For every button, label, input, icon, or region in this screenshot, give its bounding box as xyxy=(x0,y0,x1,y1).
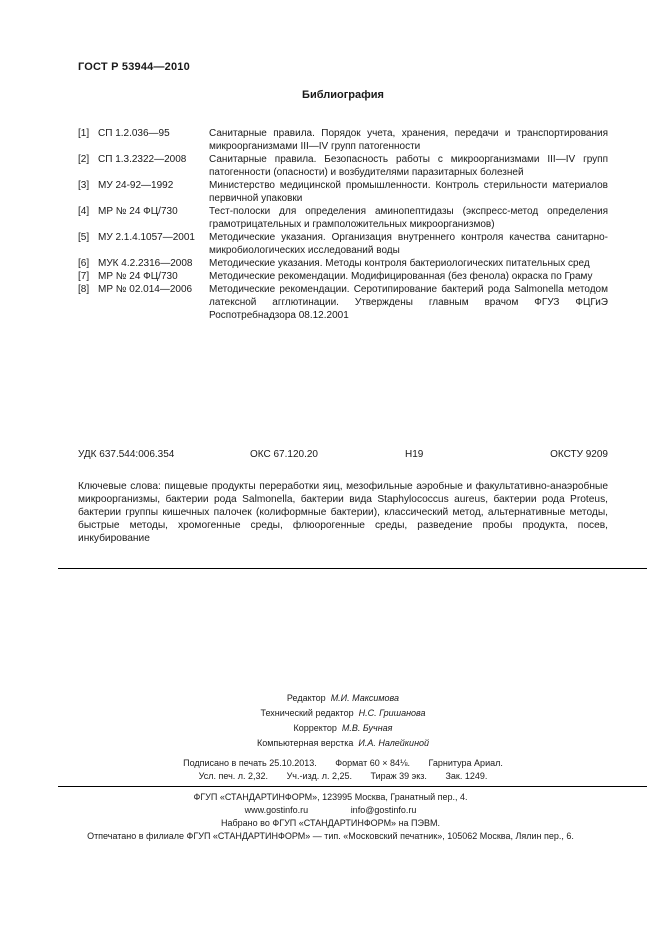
entry-reference: МУК 4.2.2316—2008 xyxy=(97,257,209,270)
credit-line: Компьютерная верстка И.А. Налейкиной xyxy=(78,736,608,751)
udk-code: УДК 637.544:006.354 xyxy=(78,449,174,460)
publisher-website: www.gostinfo.ru xyxy=(245,805,309,815)
credit-role: Редактор xyxy=(287,693,326,703)
entry-number: [4] xyxy=(78,205,97,231)
print-info-line: Подписано в печать 25.10.2013. Формат 60… xyxy=(78,757,608,770)
entry-reference: МР № 24 ФЦ/730 xyxy=(97,205,209,231)
credit-line: Технический редактор Н.С. Гришанова xyxy=(78,706,608,721)
credit-name: Н.С. Гришанова xyxy=(359,708,426,718)
print-info-block: Подписано в печать 25.10.2013. Формат 60… xyxy=(78,757,608,783)
bibliography-entry: [8] МР № 02.014—2006 Методические рекоме… xyxy=(78,283,608,322)
imprint-block: ФГУП «СТАНДАРТИНФОРМ», 123995 Москва, Гр… xyxy=(40,791,621,843)
entry-number: [6] xyxy=(78,257,97,270)
entry-description: Министерство медицинской промышленности.… xyxy=(209,179,608,205)
print-info-line: Усл. печ. л. 2,32. Уч.-изд. л. 2,25. Тир… xyxy=(78,770,608,783)
okstu-code: ОКСТУ 9209 xyxy=(550,449,608,460)
credit-line: Корректор М.В. Бучная xyxy=(78,721,608,736)
print-format: Формат 60 × 84⅛. xyxy=(335,758,410,768)
entry-reference: СП 1.2.036—95 xyxy=(97,127,209,153)
entry-number: [2] xyxy=(78,153,97,179)
print-sheets-conv: Усл. печ. л. 2,32. xyxy=(199,771,268,781)
credit-name: М.И. Максимова xyxy=(331,693,399,703)
credit-role: Технический редактор xyxy=(260,708,353,718)
entry-reference: МУ 2.1.4.1057—2001 xyxy=(97,231,209,257)
credit-name: М.В. Бучная xyxy=(342,723,393,733)
bibliography-entry: [5] МУ 2.1.4.1057—2001 Методические указ… xyxy=(78,231,608,257)
bibliography-entry: [1] СП 1.2.036—95 Санитарные правила. По… xyxy=(78,127,608,153)
entry-description: Методические рекомендации. Модифицирован… xyxy=(209,270,608,283)
credit-name: И.А. Налейкиной xyxy=(358,738,429,748)
section-title: Библиография xyxy=(78,89,608,101)
entry-number: [8] xyxy=(78,283,97,322)
entry-number: [1] xyxy=(78,127,97,153)
bibliography-list: [1] СП 1.2.036—95 Санитарные правила. По… xyxy=(78,127,608,322)
entry-number: [5] xyxy=(78,231,97,257)
printed-note: Отпечатано в филиале ФГУП «СТАНДАРТИНФОР… xyxy=(40,830,621,843)
document-code: ГОСТ Р 53944—2010 xyxy=(78,61,190,73)
entry-reference: МУ 24-92—1992 xyxy=(97,179,209,205)
credit-role: Корректор xyxy=(294,723,337,733)
entry-description: Тест-полоски для определения аминопептид… xyxy=(209,205,608,231)
bibliography-entry: [2] СП 1.3.2322—2008 Санитарные правила.… xyxy=(78,153,608,179)
credit-line: Редактор М.И. Максимова xyxy=(78,691,608,706)
entry-reference: МР № 02.014—2006 xyxy=(97,283,209,322)
divider-rule-bottom xyxy=(58,786,647,787)
document-page: ГОСТ Р 53944—2010 Библиография [1] СП 1.… xyxy=(0,0,661,936)
group-code: Н19 xyxy=(405,449,423,460)
print-date: Подписано в печать 25.10.2013. xyxy=(183,758,317,768)
credit-role: Компьютерная верстка xyxy=(257,738,353,748)
bibliography-entry: [3] МУ 24-92—1992 Министерство медицинск… xyxy=(78,179,608,205)
entry-description: Методические указания. Организация внутр… xyxy=(209,231,608,257)
publisher-contacts: www.gostinfo.ru info@gostinfo.ru xyxy=(40,804,621,817)
credits-block: Редактор М.И. Максимова Технический реда… xyxy=(78,691,608,751)
entry-description: Методические указания. Методы контроля б… xyxy=(209,257,608,270)
print-circulation: Тираж 39 экз. xyxy=(370,771,426,781)
entry-description: Санитарные правила. Безопасность работы … xyxy=(209,153,608,179)
entry-number: [3] xyxy=(78,179,97,205)
entry-number: [7] xyxy=(78,270,97,283)
print-typeface: Гарнитура Ариал. xyxy=(429,758,503,768)
entry-description: Санитарные правила. Порядок учета, хране… xyxy=(209,127,608,153)
publisher-email: info@gostinfo.ru xyxy=(351,805,417,815)
keywords-paragraph: Ключевые слова: пищевые продукты перераб… xyxy=(78,480,608,545)
print-sheets-publ: Уч.-изд. л. 2,25. xyxy=(287,771,352,781)
entry-reference: МР № 24 ФЦ/730 xyxy=(97,270,209,283)
classification-line: УДК 637.544:006.354 ОКС 67.120.20 Н19 ОК… xyxy=(78,449,608,463)
oks-code: ОКС 67.120.20 xyxy=(250,449,318,460)
entry-reference: СП 1.3.2322—2008 xyxy=(97,153,209,179)
bibliography-entry: [7] МР № 24 ФЦ/730 Методические рекоменд… xyxy=(78,270,608,283)
bibliography-entry: [4] МР № 24 ФЦ/730 Тест-полоски для опре… xyxy=(78,205,608,231)
typeset-note: Набрано во ФГУП «СТАНДАРТИНФОРМ» на ПЭВМ… xyxy=(40,817,621,830)
print-order: Зак. 1249. xyxy=(445,771,487,781)
bibliography-entry: [6] МУК 4.2.2316—2008 Методические указа… xyxy=(78,257,608,270)
entry-description: Методические рекомендации. Серотипирован… xyxy=(209,283,608,322)
divider-rule-top xyxy=(58,568,647,569)
publisher-address: ФГУП «СТАНДАРТИНФОРМ», 123995 Москва, Гр… xyxy=(40,791,621,804)
